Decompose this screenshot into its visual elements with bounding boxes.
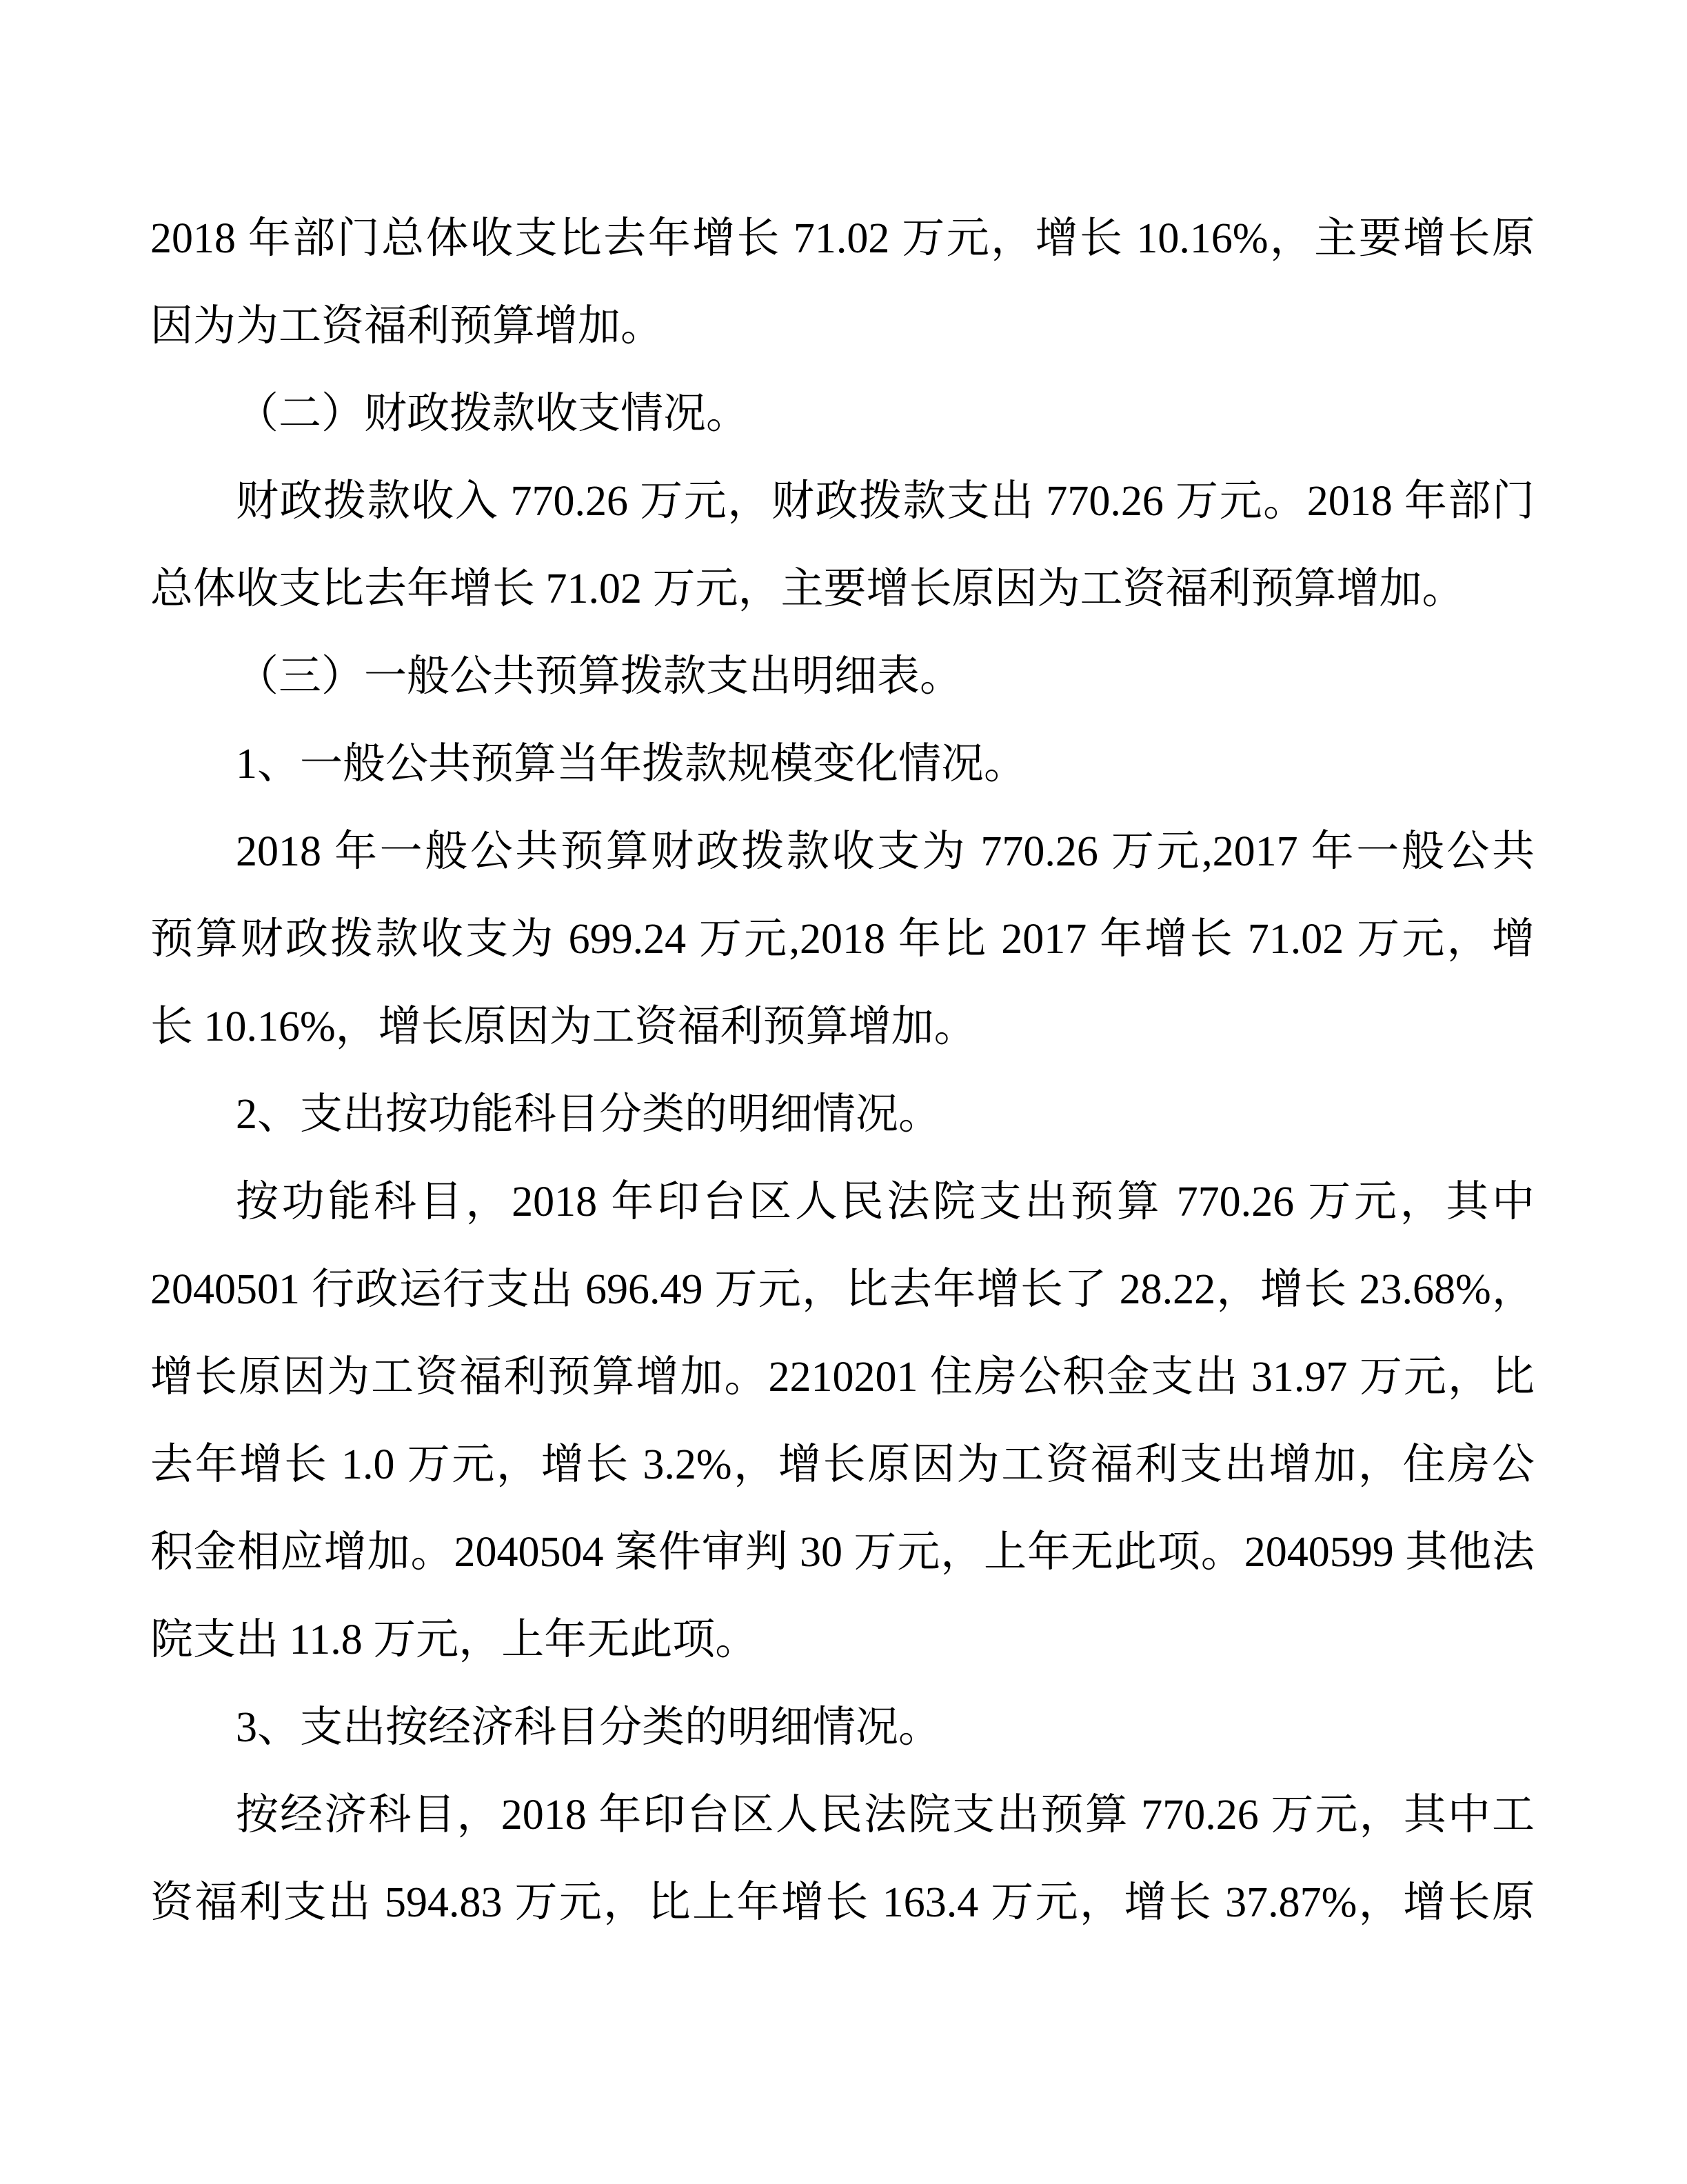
text-line: 资福利支出 594.83 万元，比上年增长 163.4 万元，增长 37.87%… [150,1859,1535,1947]
text-line: 总体收支比去年增长 71.02 万元，主要增长原因为工资福利预算增加。 [150,545,1535,633]
text-line: 按功能科目，2018 年印台区人民法院支出预算 770.26 万元，其中 [150,1159,1535,1246]
text-block: 2018 年部门总体收支比去年增长 71.02 万元，增长 10.16%，主要增… [150,195,1535,1947]
text-line: （二）财政拨款收支情况。 [150,370,1535,458]
text-line: 1、一般公共预算当年拨款规模变化情况。 [150,721,1535,808]
text-line: 因为为工资福利预算增加。 [150,283,1535,370]
text-line: 财政拨款收入 770.26 万元，财政拨款支出 770.26 万元。2018 年… [150,458,1535,545]
text-line: 积金相应增加。2040504 案件审判 30 万元，上年无此项。2040599 … [150,1509,1535,1596]
text-line: 院支出 11.8 万元，上年无此项。 [150,1596,1535,1684]
text-line: 2、支出按功能科目分类的明细情况。 [150,1071,1535,1159]
text-line: 去年增长 1.0 万元，增长 3.2%，增长原因为工资福利支出增加，住房公 [150,1421,1535,1509]
text-line: 长 10.16%，增长原因为工资福利预算增加。 [150,983,1535,1071]
text-line: 2018 年一般公共预算财政拨款收支为 770.26 万元,2017 年一般公共 [150,808,1535,896]
text-line: 预算财政拨款收支为 699.24 万元,2018 年比 2017 年增长 71.… [150,896,1535,983]
text-line: 2040501 行政运行支出 696.49 万元，比去年增长了 28.22，增长… [150,1246,1535,1334]
text-line: 增长原因为工资福利预算增加。2210201 住房公积金支出 31.97 万元，比 [150,1334,1535,1421]
text-line: 按经济科目，2018 年印台区人民法院支出预算 770.26 万元，其中工 [150,1772,1535,1859]
text-line: （三）一般公共预算拨款支出明细表。 [150,633,1535,721]
text-line: 2018 年部门总体收支比去年增长 71.02 万元，增长 10.16%，主要增… [150,195,1535,283]
text-line: 3、支出按经济科目分类的明细情况。 [150,1684,1535,1772]
document-page: 2018 年部门总体收支比去年增长 71.02 万元，增长 10.16%，主要增… [0,0,1687,2184]
